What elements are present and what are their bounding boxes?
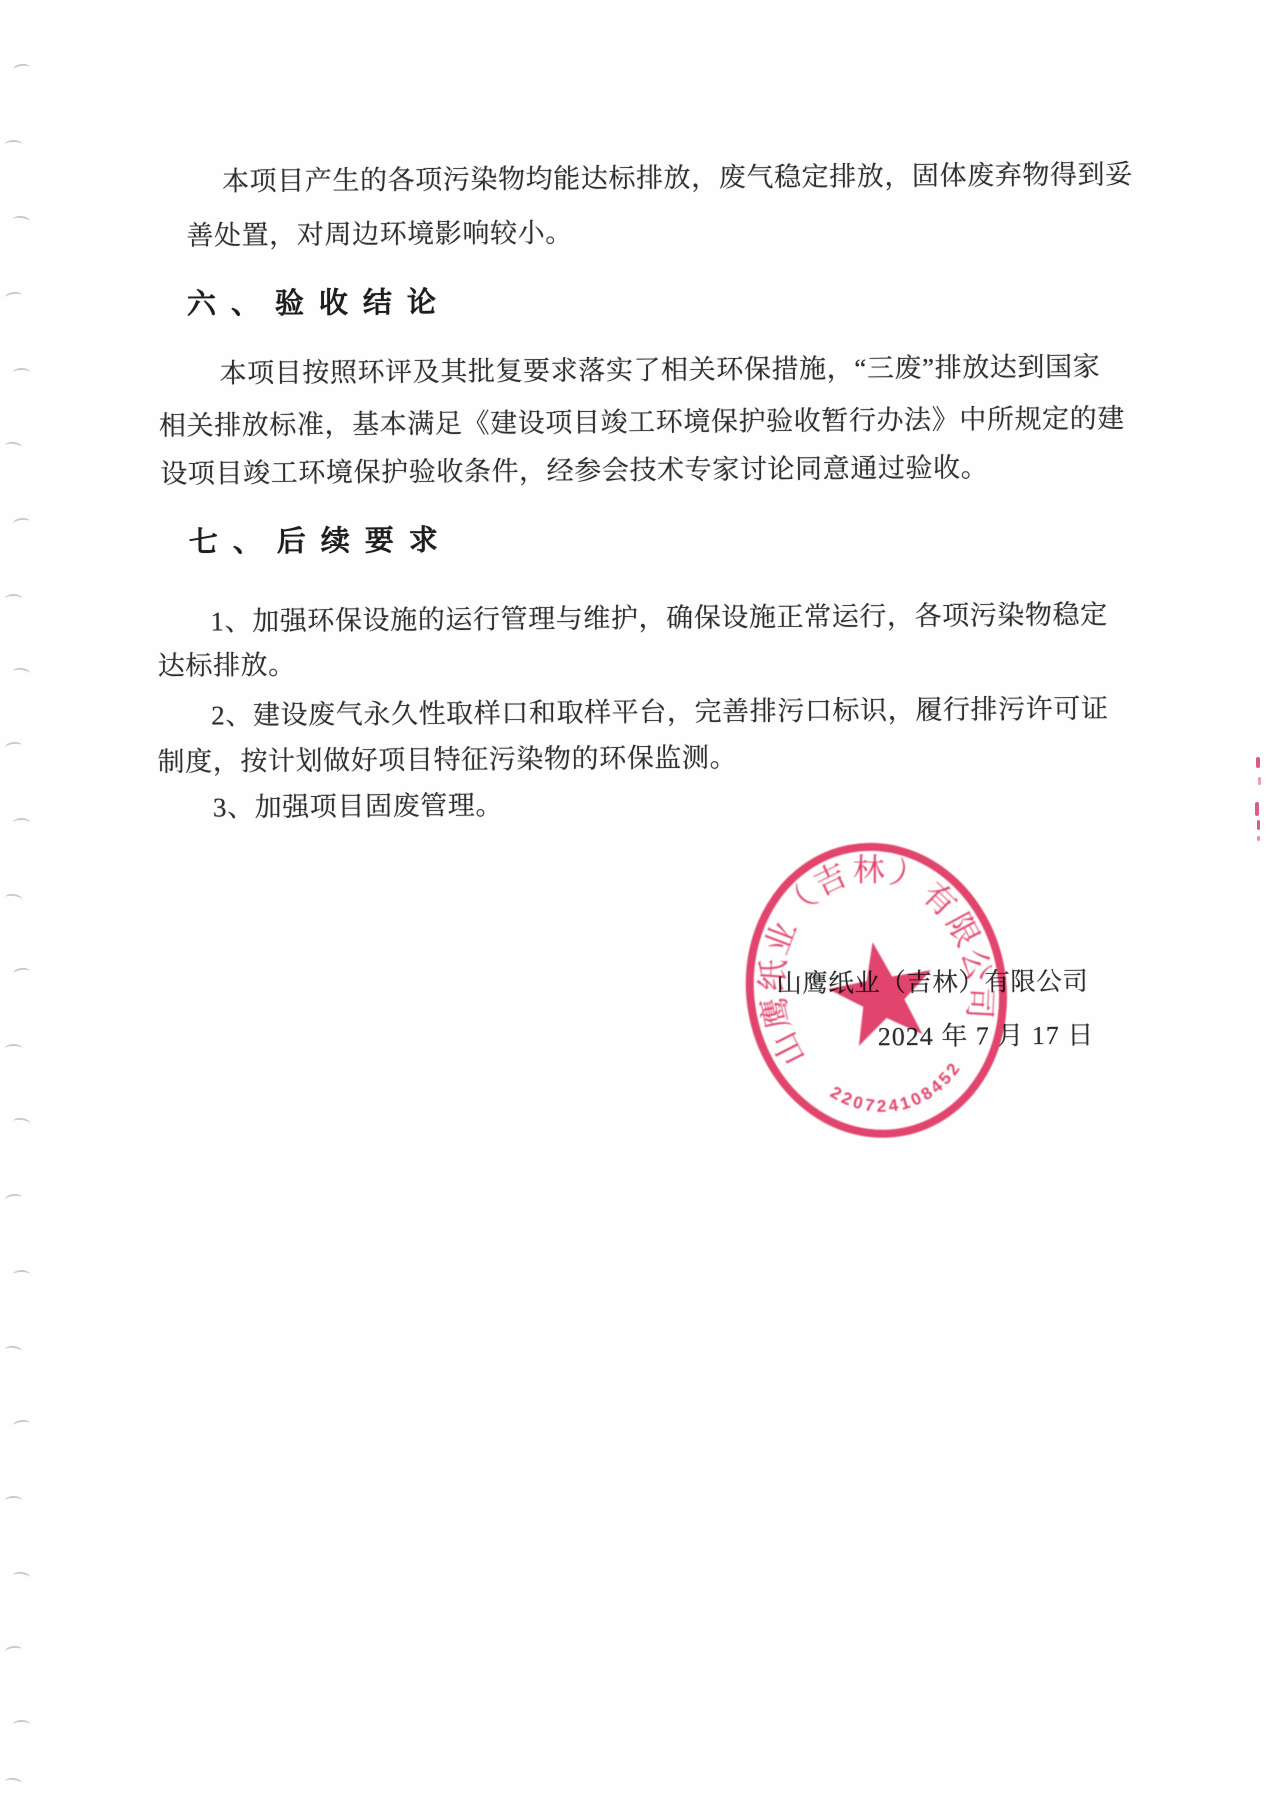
document-content: 本项目产生的各项污染物均能达标排放，废气稳定排放，固体废弃物得到妥 善处置，对周…	[0, 0, 1269, 1794]
red-ink-bleed-mark	[1257, 836, 1260, 841]
red-ink-bleed-mark	[1258, 777, 1261, 785]
section7-heading: 七、后续要求	[189, 518, 453, 561]
seal-star-icon	[821, 933, 942, 1050]
red-ink-bleed-mark	[1255, 802, 1259, 816]
item1-line-1: 1、加强环保设施的运行管理与维护，确保设施正常运行，各项污染物稳定	[210, 592, 1108, 638]
item2-line-1: 2、建设废气永久性取样口和取样平台，完善排污口标识，履行排污许可证	[211, 686, 1109, 732]
section6-line-3: 设项目竣工环境保护验收条件，经参会技术专家讨论同意通过验收。	[160, 445, 988, 491]
red-ink-bleed-mark	[1257, 820, 1260, 830]
item2-line-2: 制度，按计划做好项目特征污染物的环保监测。	[157, 735, 737, 779]
red-ink-bleed-mark	[1256, 757, 1260, 768]
section6-heading: 六、验收结论	[187, 280, 451, 323]
section6-line-1: 本项目按照环评及其批复要求落实了相关环保措施，“三废”排放达到国家	[219, 345, 1100, 391]
company-seal-stamp: 山鹰纸业（吉林）有限公司 2207241084524	[740, 836, 1012, 1144]
item3-line-1: 3、加强项目固废管理。	[213, 783, 503, 824]
intro-line-2: 善处置，对周边环境影响较小。	[186, 211, 573, 253]
item1-line-2: 达标排放。	[158, 643, 296, 683]
intro-line-1: 本项目产生的各项污染物均能达标排放，废气稳定排放，固体废弃物得到妥	[222, 152, 1133, 198]
section6-line-2: 相关排放标准，基本满足《建设项目竣工环境保护验收暂行办法》中所规定的建	[159, 396, 1125, 443]
scanned-document-page: 本项目产生的各项污染物均能达标排放，废气稳定排放，固体废弃物得到妥 善处置，对周…	[0, 0, 1269, 1794]
